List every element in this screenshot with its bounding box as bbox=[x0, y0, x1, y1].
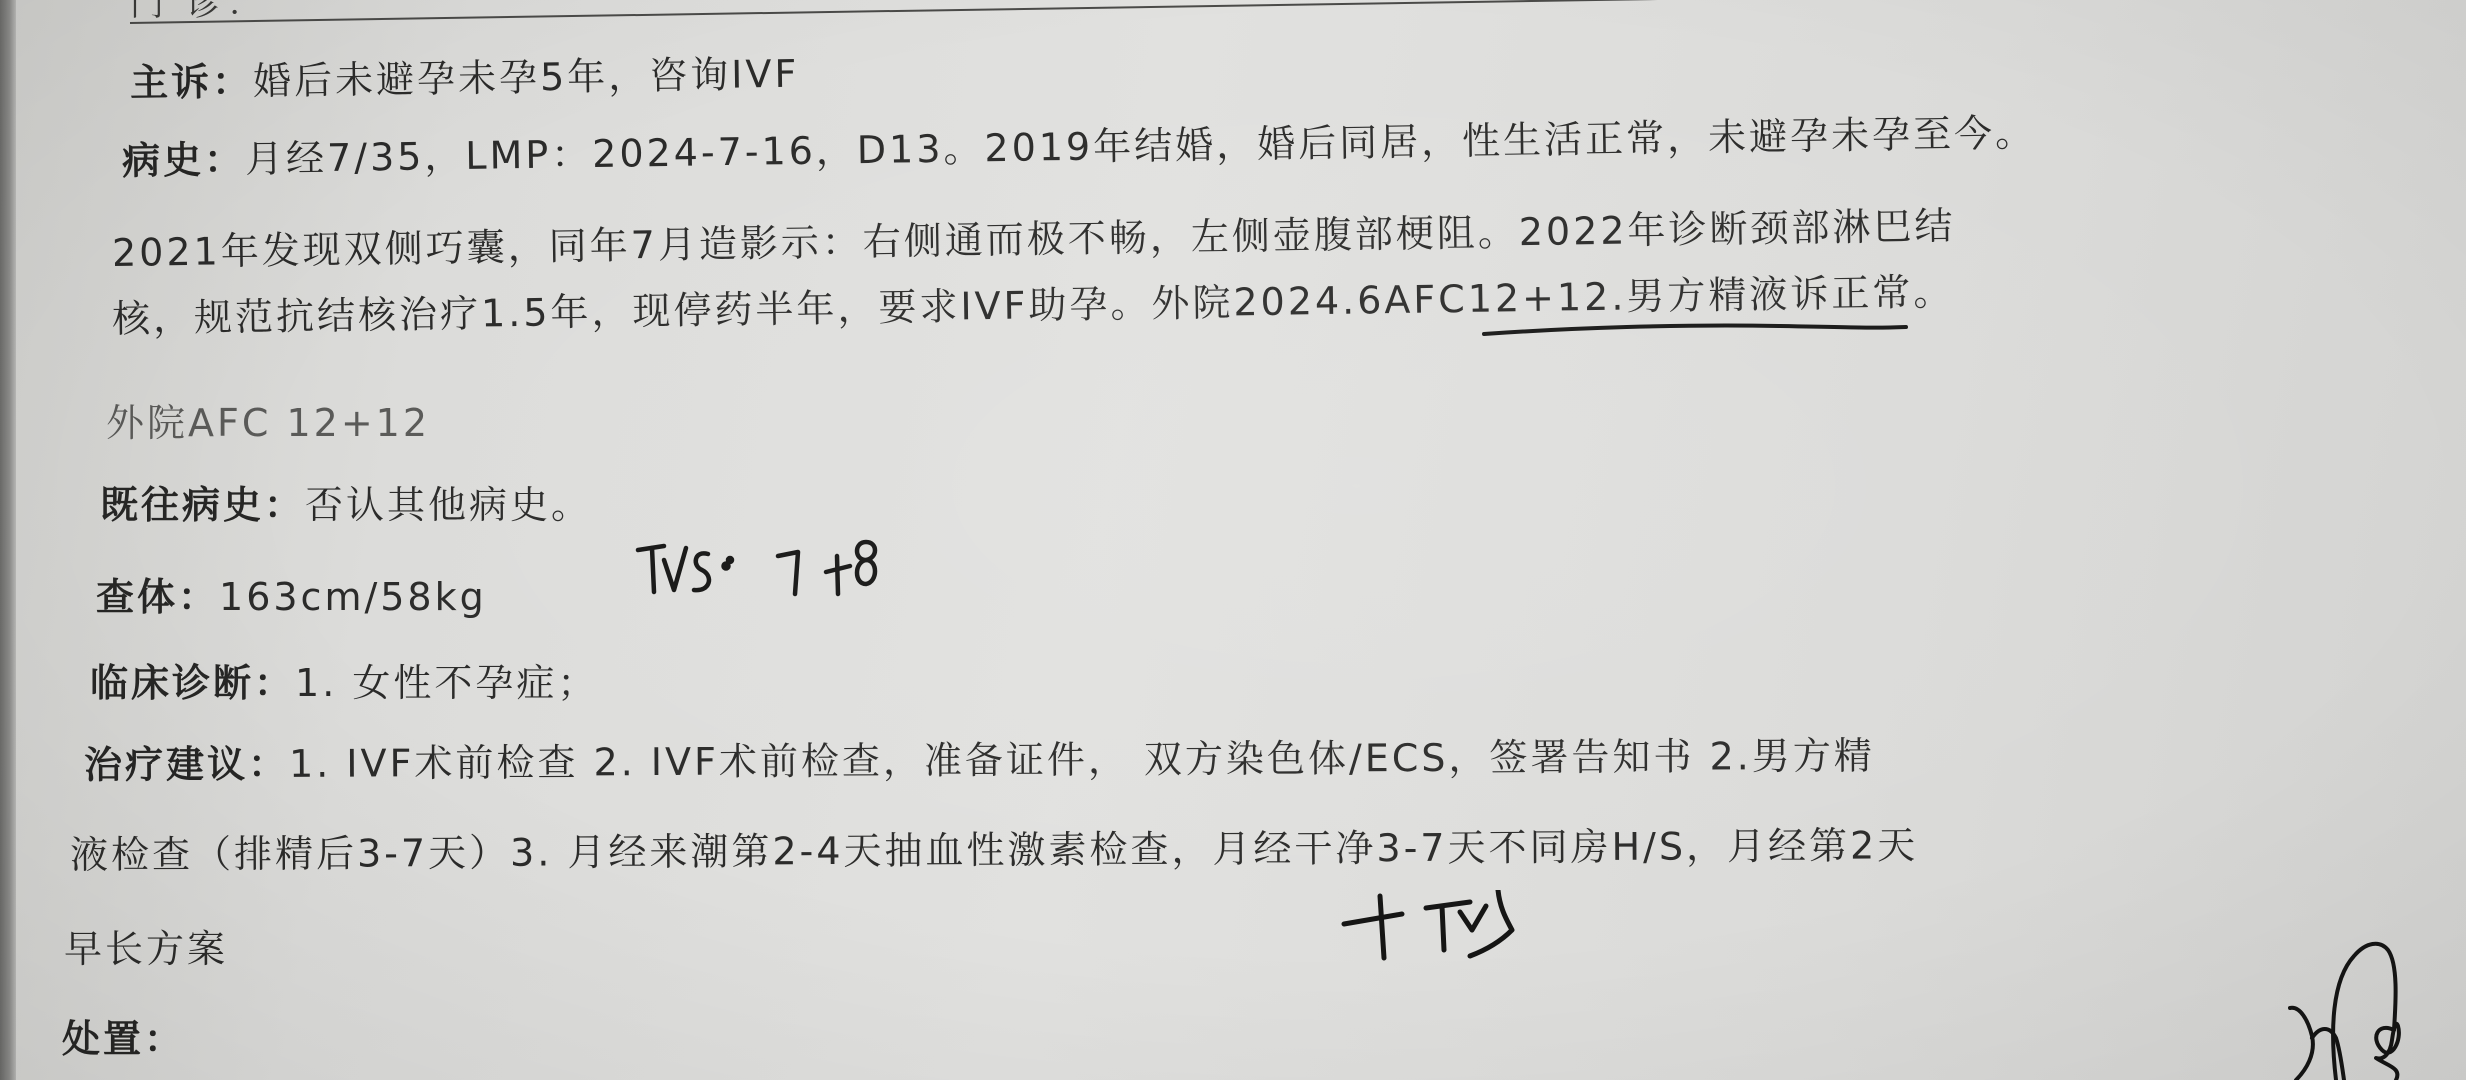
treatment-row-3: 早长方案 bbox=[64, 918, 228, 973]
header-divider bbox=[130, 0, 2130, 24]
treatment-line-3: 早长方案 bbox=[64, 927, 228, 971]
history-row-1: 病史：月经7/35，LMP：2024-7-16，D13。2019年结婚，婚后同居… bbox=[122, 102, 2037, 185]
diagnosis-row: 临床诊断：1. 女性不孕症； bbox=[90, 652, 598, 707]
treatment-line-1: 1. IVF术前检查 2. IVF术前检查，准备证件， 双方染色体/ECS，签署… bbox=[289, 734, 1875, 786]
past-history-row: 既往病史：否认其他病史。 bbox=[100, 474, 592, 529]
history-line-1: 月经7/35，LMP：2024-7-16，D13。2019年结婚，婚后同居，性生… bbox=[245, 111, 2037, 182]
treatment-label: 治疗建议： bbox=[84, 742, 289, 787]
chief-complaint-value: 婚后未避孕未孕5年，咨询IVF bbox=[253, 52, 800, 104]
treatment-row-2: 液检查（排精后3-7天）3. 月经来潮第2-4天抽血性激素检查，月经干净3-7天… bbox=[70, 814, 1918, 879]
past-history-value: 否认其他病史。 bbox=[305, 483, 592, 527]
physical-exam-row: 查体：163cm/58kg bbox=[96, 566, 487, 621]
handwritten-tvs-note bbox=[630, 520, 890, 610]
diagnosis-label: 临床诊断： bbox=[90, 661, 295, 705]
history-line-3: 核，规范抗结核治疗1.5年，现停药半年，要求IVF助孕。外院2024.6AFC1… bbox=[112, 270, 1955, 341]
past-history-label: 既往病史： bbox=[100, 483, 305, 527]
paper-edge-shadow bbox=[0, 0, 16, 1080]
chief-complaint-row: 主诉：婚后未避孕未孕5年，咨询IVF bbox=[130, 43, 800, 107]
physical-exam-label: 查体： bbox=[96, 575, 219, 619]
diagnosis-value: 1. 女性不孕症； bbox=[295, 661, 598, 705]
doctor-signature bbox=[2270, 920, 2466, 1080]
treatment-line-2: 液检查（排精后3-7天）3. 月经来潮第2-4天抽血性激素检查，月经干净3-7天… bbox=[70, 823, 1918, 877]
afc-note: 外院AFC 12+12 bbox=[106, 392, 430, 447]
physical-exam-value: 163cm/58kg bbox=[219, 575, 487, 619]
medical-record-photo: 门 诊： 主诉：婚后未避孕未孕5年，咨询IVF 病史：月经7/35，LMP：20… bbox=[0, 0, 2466, 1080]
treatment-row-1: 治疗建议：1. IVF术前检查 2. IVF术前检查，准备证件， 双方染色体/E… bbox=[84, 725, 1875, 789]
history-label: 病史： bbox=[122, 137, 246, 183]
disposition-row: 处置： bbox=[62, 1008, 185, 1063]
handwritten-plus-tvs bbox=[1340, 890, 1540, 1000]
disposition-label: 处置： bbox=[62, 1017, 185, 1061]
chief-complaint-label: 主诉： bbox=[130, 59, 254, 105]
history-row-3: 核，规范抗结核治疗1.5年，现停药半年，要求IVF助孕。外院2024.6AFC1… bbox=[112, 261, 1955, 343]
